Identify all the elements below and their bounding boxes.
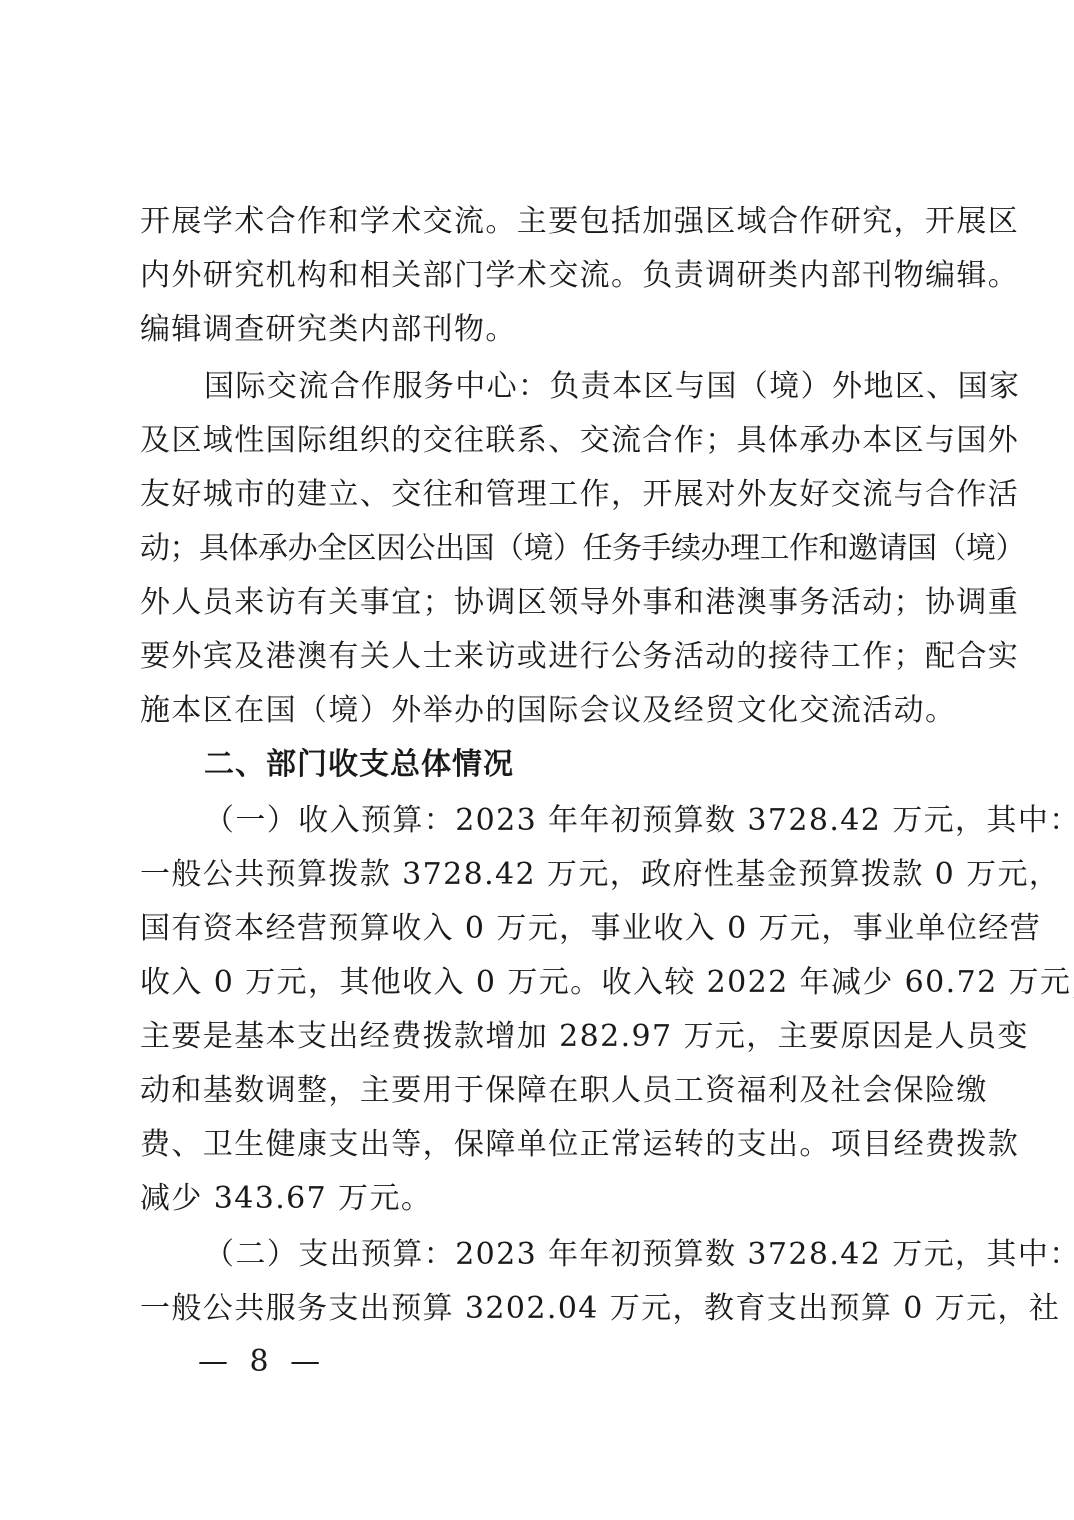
paragraph-line: 施本区在国（境）外举办的国际会议及经贸文化交流活动。	[140, 684, 956, 738]
paragraph-line: 开展学术合作和学术交流。主要包括加强区域合作研究，开展区	[140, 195, 938, 249]
paragraph-line: 国际交流合作服务中心：负责本区与国（境）外地区、国家	[204, 360, 938, 414]
paragraph-line: 外人员来访有关事宜；协调区领导外事和港澳事务活动；协调重	[140, 576, 938, 630]
income-budget-line: 费、卫生健康支出等，保障单位正常运转的支出。项目经费拨款	[140, 1118, 938, 1172]
expenditure-budget-line: （二）支出预算：2023 年年初预算数 3728.42 万元，其中：	[204, 1228, 938, 1282]
paragraph-line: 要外宾及港澳有关人士来访或进行公务活动的接待工作；配合实	[140, 630, 938, 684]
paragraph-line: 及区域性国际组织的交往联系、交流合作；具体承办本区与国外	[140, 414, 938, 468]
page-number: — 8 —	[198, 1342, 326, 1382]
paragraph-line: 内外研究机构和相关部门学术交流。负责调研类内部刊物编辑。	[140, 249, 938, 303]
paragraph-line: 友好城市的建立、交往和管理工作，开展对外友好交流与合作活	[140, 468, 938, 522]
income-budget-line: 动和基数调整，主要用于保障在职人员工资福利及社会保险缴	[140, 1064, 938, 1118]
income-budget-line: 减少 343.67 万元。	[140, 1172, 432, 1226]
income-budget-line: 国有资本经营预算收入 0 万元，事业收入 0 万元，事业单位经营	[140, 902, 938, 956]
paragraph-line: 动；具体承办全区因公出国（境）任务手续办理工作和邀请国（境）	[140, 522, 938, 576]
income-budget-line: 收入 0 万元，其他收入 0 万元。收入较 2022 年减少 60.72 万元，	[140, 956, 938, 1010]
income-budget-line: 一般公共预算拨款 3728.42 万元，政府性基金预算拨款 0 万元，	[140, 848, 938, 902]
section-heading: 二、部门收支总体情况	[204, 738, 514, 792]
expenditure-budget-line: 一般公共服务支出预算 3202.04 万元，教育支出预算 0 万元，社	[140, 1282, 938, 1336]
paragraph-line: 编辑调查研究类内部刊物。	[140, 303, 517, 357]
income-budget-line: （一）收入预算：2023 年年初预算数 3728.42 万元，其中：	[204, 794, 938, 848]
income-budget-line: 主要是基本支出经费拨款增加 282.97 万元，主要原因是人员变	[140, 1010, 938, 1064]
